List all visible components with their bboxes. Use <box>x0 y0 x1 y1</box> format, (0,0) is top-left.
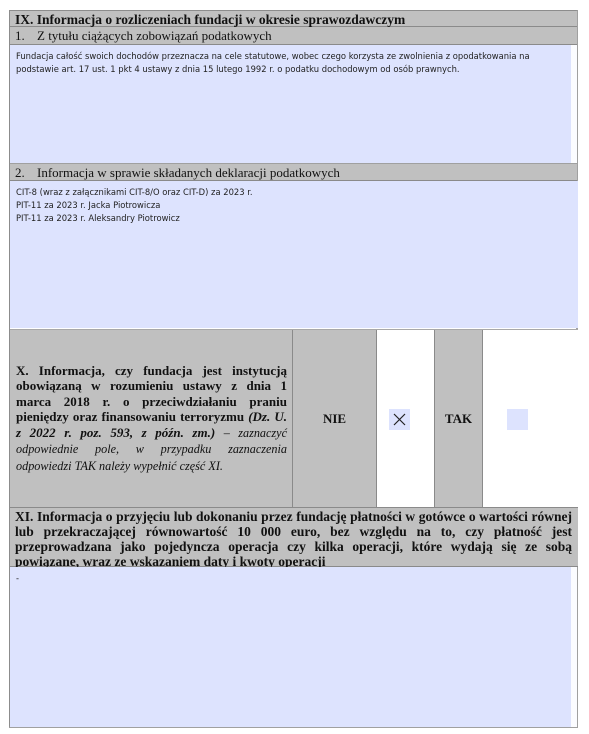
section-ix-row-1-header: 1.Z tytułu ciążących zobowiązań podatkow… <box>10 27 577 45</box>
field-margin <box>571 567 577 727</box>
cash-payments-field[interactable]: - <box>10 567 571 727</box>
section-xi-title: XI. Informacja o przyjęciu lub dokonaniu… <box>10 508 578 567</box>
section-x-question: X. Informacja, czy fundacja jest instytu… <box>10 363 293 474</box>
text-line: CIT-8 (wraz z załącznikami CIT-8/O oraz … <box>16 186 578 199</box>
row-2-label: Informacja w sprawie składanych deklarac… <box>37 165 340 180</box>
checkbox-nie[interactable] <box>389 409 410 430</box>
text-line: PIT-11 za 2023 r. Jacka Piotrowicza <box>16 199 578 212</box>
checkbox-tak[interactable] <box>507 409 528 430</box>
text-line: PIT-11 za 2023 r. Aleksandry Piotrowicz <box>16 212 578 225</box>
option-tak-label: TAK <box>435 330 482 507</box>
section-ix-title: IX. Informacja o rozliczeniach fundacji … <box>10 11 577 27</box>
field-margin <box>571 45 577 163</box>
section-x-title: X. Informacja, czy fundacja jest instytu… <box>16 363 287 424</box>
option-tak-cell <box>483 330 578 507</box>
text-line: podstawie art. 17 ust. 1 pkt 4 ustawy z … <box>16 63 571 76</box>
text-line: Fundacja całość swoich dochodów przeznac… <box>16 50 571 63</box>
tax-obligations-field[interactable]: Fundacja całość swoich dochodów przeznac… <box>10 45 571 163</box>
option-nie-label: NIE <box>293 330 376 507</box>
option-nie-cell <box>377 330 434 507</box>
cash-payments-value: - <box>16 572 571 585</box>
row-2-number: 2. <box>15 165 37 181</box>
tax-declarations-field[interactable]: CIT-8 (wraz z załącznikami CIT-8/O oraz … <box>10 181 578 328</box>
row-1-number: 1. <box>15 28 37 44</box>
section-x-question-cell: X. Informacja, czy fundacja jest instytu… <box>10 330 293 507</box>
section-ix-row-2-header: 2.Informacja w sprawie składanych deklar… <box>10 163 577 181</box>
row-1-label: Z tytułu ciążących zobowiązań podatkowyc… <box>37 28 272 43</box>
x-mark-icon <box>392 412 407 427</box>
